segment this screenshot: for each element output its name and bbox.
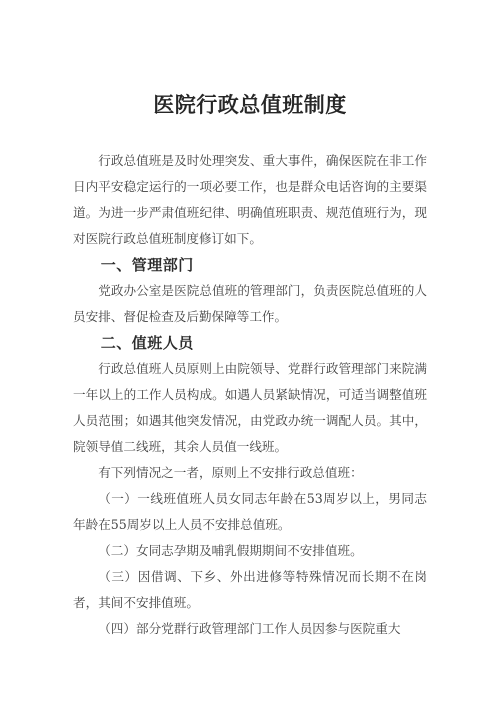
management-department-paragraph: 党政办公室是医院总值班的管理部门，负责医院总值班的人员安排、督促检查及后勤保障等… [73,278,427,330]
exemption-item-4: （四）部分党群行政管理部门工作人员因参与医院重大 [73,616,427,642]
duty-personnel-paragraph: 行政总值班人员原则上由院领导、党群行政管理部门来院满一年以上的工作人员构成。如遇… [73,356,427,460]
document-title: 医院行政总值班制度 [73,90,427,120]
section-heading-duty-personnel: 二、值班人员 [73,330,427,356]
exemption-item-3: （三）因借调、下乡、外出进修等特殊情况而长期不在岗者，其间不安排值班。 [73,564,427,616]
exemption-item-1: （一）一线班值班人员女同志年龄在53周岁以上，男同志年龄在55周岁以上人员不安排… [73,486,427,538]
exemption-item-2: （二）女同志孕期及哺乳假期期间不安排值班。 [73,538,427,564]
document-page: 医院行政总值班制度 行政总值班是及时处理突发、重大事件，确保医院在非工作日内平安… [0,0,500,707]
document-body: 行政总值班是及时处理突发、重大事件，确保医院在非工作日内平安稳定运行的一项必要工… [73,148,427,642]
exemption-intro-paragraph: 有下列情况之一者，原则上不安排行政总值班： [73,460,427,486]
document-content: 医院行政总值班制度 行政总值班是及时处理突发、重大事件，确保医院在非工作日内平安… [0,0,500,642]
intro-paragraph: 行政总值班是及时处理突发、重大事件，确保医院在非工作日内平安稳定运行的一项必要工… [73,148,427,252]
section-heading-management-department: 一、管理部门 [73,252,427,278]
